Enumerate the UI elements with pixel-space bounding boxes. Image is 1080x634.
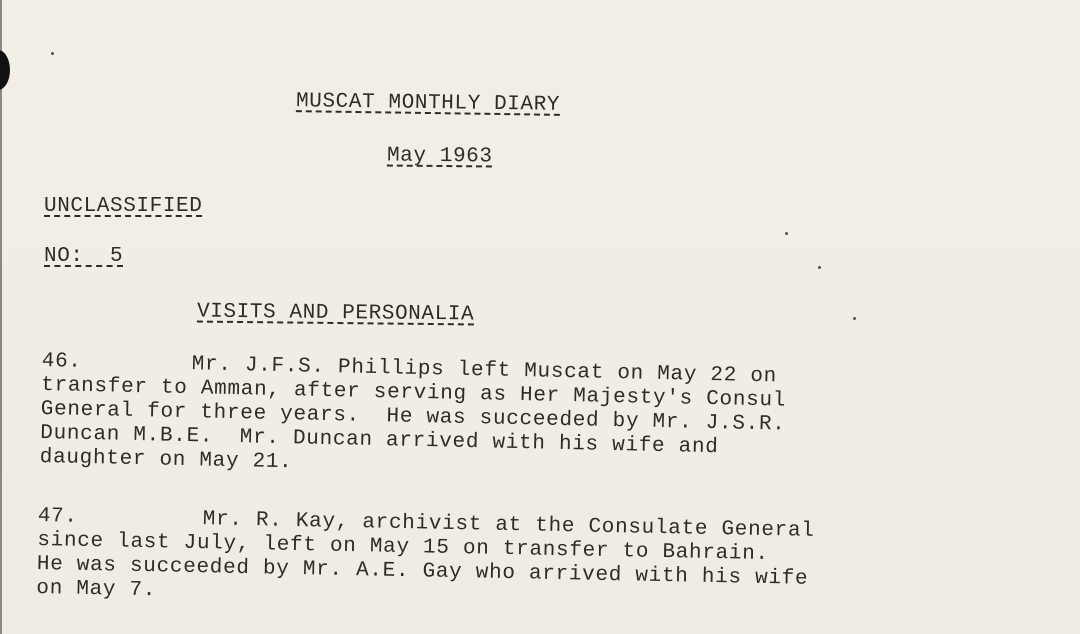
document-date: May 1963 [387,145,493,170]
document-page: MUSCAT MONTHLY DIARY May 1963 UNCLASSIFI… [0,0,1080,634]
ink-speck [818,266,821,269]
paragraph-number: 46. [41,350,191,377]
punch-hole [0,50,10,90]
paragraph-number: 47. [38,505,203,532]
paragraph-47: 47.Mr. R. Kay, archivist at the Consulat… [36,505,815,616]
ink-speck [51,52,54,55]
classification-label: UNCLASSIFIED [44,195,202,219]
paragraph-46: 46.Mr. J.F.S. Phillips left Muscat on Ma… [39,350,786,486]
ink-speck [853,317,856,320]
document-title: MUSCAT MONTHLY DIARY [296,90,560,118]
section-heading: VISITS AND PERSONALIA [197,301,474,328]
page-edge [0,0,2,634]
ink-speck [785,232,788,235]
document-number: NO: 5 [44,245,123,269]
